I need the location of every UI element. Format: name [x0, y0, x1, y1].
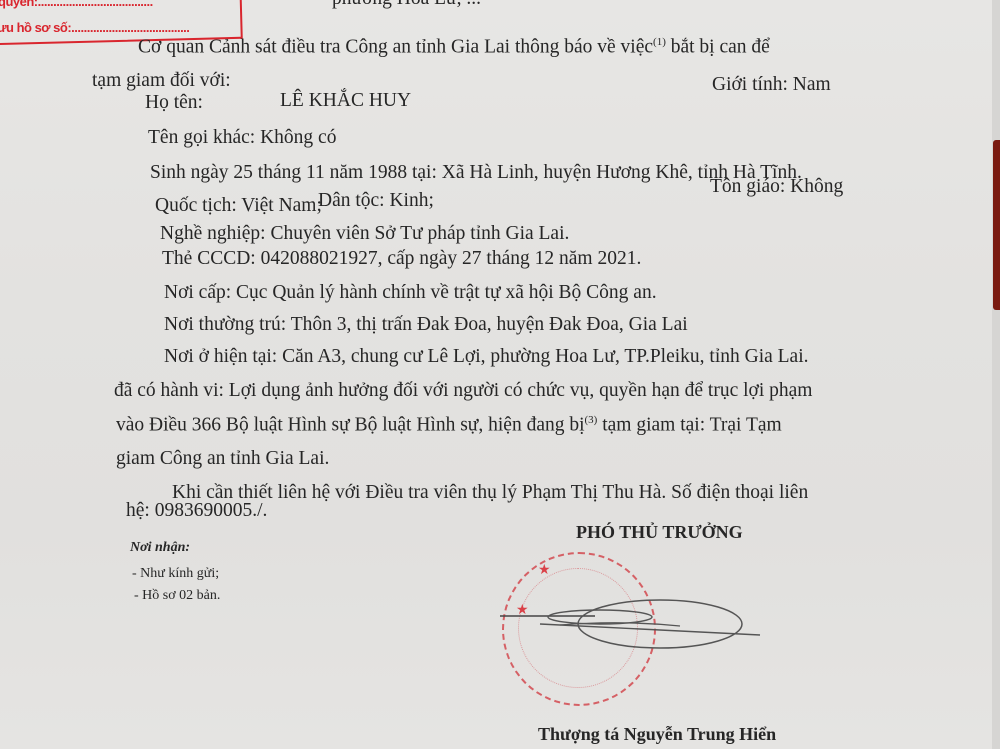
offense-line-3: giam Công an tỉnh Gia Lai. — [116, 448, 329, 470]
stamp-line-1: quyền:..................................… — [0, 0, 153, 9]
id-card: Thẻ CCCD: 042088021927, cấp ngày 27 thán… — [162, 248, 641, 270]
issued-by: Nơi cấp: Cục Quản lý hành chính về trật … — [164, 282, 657, 304]
document-page: quyền:..................................… — [0, 0, 992, 749]
header-location-partial: phường Hoa Lư, ... — [332, 0, 481, 10]
alias: Tên gọi khác: Không có — [148, 127, 336, 149]
signature-title: PHÓ THỦ TRƯỞNG — [576, 522, 743, 543]
contact-line-1: Khi cần thiết liên hệ với Điều tra viên … — [172, 482, 808, 504]
stamp-line-2: lưu hồ sơ số:...........................… — [0, 20, 189, 35]
ethnicity: Dân tộc: Kinh; — [318, 190, 434, 212]
name-label: Họ tên: — [145, 92, 203, 114]
footnote-3: (3) — [585, 414, 598, 426]
signature-scribble — [500, 590, 840, 660]
contact-line-2: hệ: 0983690005./. — [126, 500, 267, 522]
seal-star-icon: ★ — [538, 562, 551, 579]
permanent-address: Nơi thường trú: Thôn 3, thị trấn Đak Đoa… — [164, 314, 688, 336]
recipient-item: - Hồ sơ 02 bản. — [134, 588, 220, 604]
offense-line-1: đã có hành vi: Lợi dụng ảnh hưởng đối vớ… — [114, 380, 812, 402]
birth-info: Sinh ngày 25 tháng 11 năm 1988 tại: Xã H… — [150, 162, 802, 184]
intro-line-1: Cơ quan Cảnh sát điều tra Công an tỉnh G… — [138, 36, 770, 59]
gender: Giới tính: Nam — [712, 74, 831, 96]
person-name: LÊ KHẮC HUY — [280, 90, 411, 112]
signer-name: Thượng tá Nguyễn Trung Hiển — [538, 724, 776, 745]
recipient-item: - Như kính gửi; — [132, 566, 219, 582]
intro-text-after: bắt bị can để — [666, 37, 770, 58]
offense-line-2: vào Điều 366 Bộ luật Hình sự Bộ luật Hìn… — [116, 414, 782, 437]
offense-text: vào Điều 366 Bộ luật Hình sự Bộ luật Hìn… — [116, 415, 585, 436]
offense-text-after: tạm giam tại: Trại Tạm — [597, 415, 781, 436]
nationality: Quốc tịch: Việt Nam; — [155, 195, 322, 217]
intro-text: Cơ quan Cảnh sát điều tra Công an tỉnh G… — [138, 37, 653, 58]
current-address: Nơi ở hiện tại: Căn A3, chung cư Lê Lợi,… — [164, 346, 809, 368]
religion: Tôn giáo: Không — [710, 176, 843, 198]
background-edge — [993, 140, 1000, 310]
recipients-title: Nơi nhận: — [130, 540, 190, 556]
intro-line-2: tạm giam đối với: — [92, 70, 231, 92]
footnote-1: (1) — [653, 36, 666, 48]
occupation: Nghề nghiệp: Chuyên viên Sở Tư pháp tỉnh… — [160, 223, 569, 245]
